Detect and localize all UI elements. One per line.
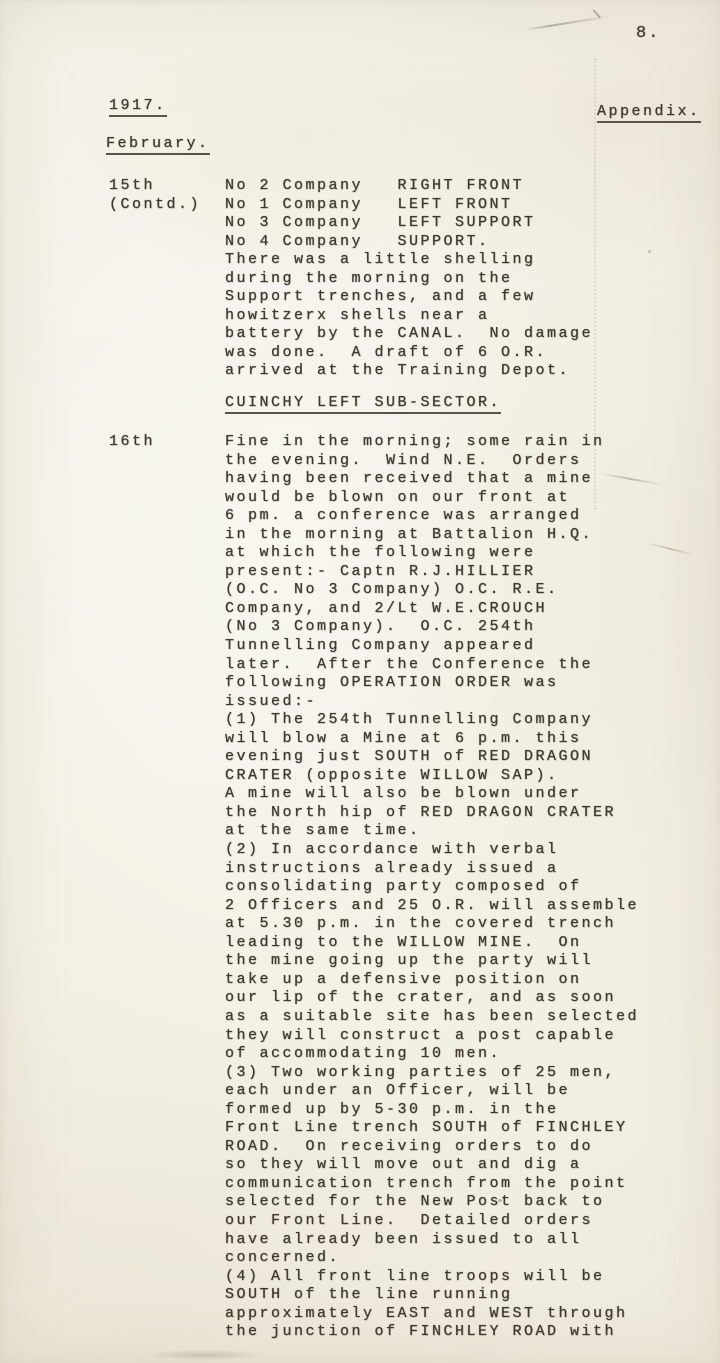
diary-page: 8. 1917. Appendix. February. 15th (Contd… — [0, 0, 720, 1363]
entry-15-text: No 2 Company RIGHT FRONT No 1 Company LE… — [225, 177, 593, 381]
crease-mark — [524, 15, 611, 31]
year-heading: 1917. — [109, 97, 167, 116]
page-number: 8. — [636, 25, 660, 44]
entry-15-date: 15th (Contd.) — [109, 177, 201, 214]
entry-16-text: Fine in the morning; some rain in the ev… — [225, 433, 639, 1342]
appendix-heading-text: Appendix. — [597, 103, 701, 123]
sub-sector-heading-text: CUINCHY LEFT SUB-SECTOR. — [225, 394, 501, 414]
ink-speck — [648, 250, 651, 253]
smudge-mark — [138, 1350, 270, 1360]
sub-sector-heading: CUINCHY LEFT SUB-SECTOR. — [225, 394, 501, 413]
year-heading-text: 1917. — [109, 97, 167, 117]
appendix-heading: Appendix. — [597, 103, 701, 122]
month-heading: February. — [106, 135, 210, 154]
crease-tick-mark — [593, 10, 601, 18]
scratch-mark — [647, 542, 696, 556]
month-heading-text: February. — [106, 135, 210, 155]
entry-16-date: 16th — [109, 433, 155, 452]
